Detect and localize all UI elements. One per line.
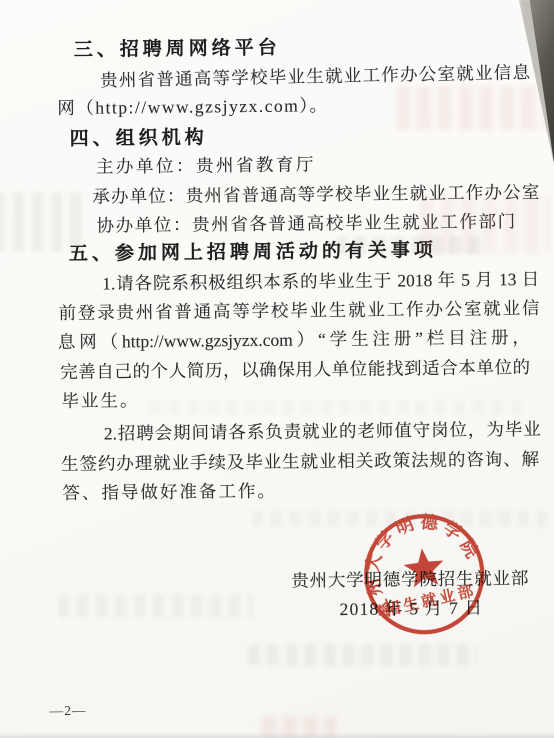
page-number: —2— bbox=[50, 703, 87, 719]
section-3-heading: 三、招聘周网络平台 bbox=[74, 37, 281, 63]
section-5-para-1-line-2: 前登录贵州省普通高等学校毕业生就业工作办公室就业信 bbox=[58, 297, 539, 325]
seal-star-icon bbox=[402, 546, 446, 588]
section-3-line-1: 贵州省普通高等学校毕业生就业工作办公室就业信息 bbox=[100, 61, 530, 92]
section-5-para-1-line-3: 息网（http://www.gzsjyzx.com）“学生注册”栏目注册， bbox=[58, 326, 530, 354]
document-content: 三、招聘周网络平台 贵州省普通高等学校毕业生就业工作办公室就业信息 网（http… bbox=[0, 0, 554, 738]
document-page: 三、招聘周网络平台 贵州省普通高等学校毕业生就业工作办公室就业信息 网（http… bbox=[0, 0, 554, 738]
section-3-line-2-url: 网（http://www.gzsjyzx.com）。 bbox=[57, 94, 328, 120]
bottom-edge-shade bbox=[0, 732, 554, 738]
section-4-host-line: 主办单位：贵州省教育厅 bbox=[96, 153, 316, 178]
seal-bottom-text: 招生就业部 bbox=[382, 581, 477, 620]
section-4-organizer-line: 承办单位：贵州省普通高等学校毕业生就业工作办公室 bbox=[92, 181, 539, 209]
section-5-para-1-line-1: 1.请各院系积极组织本系的毕业生于 2018 年 5 月 13 日 bbox=[102, 268, 539, 296]
section-5-para-2-line-3: 答、指导做好准备工作。 bbox=[62, 480, 277, 505]
section-4-coorganizer-line: 协办单位：贵州省各普通高校毕业生就业工作部门 bbox=[96, 210, 516, 237]
section-5-para-2-line-2: 生签约办理就业手续及毕业生就业相关政策法规的咨询、解 bbox=[61, 448, 539, 476]
section-4-heading: 四、组织机构 bbox=[70, 126, 208, 151]
section-5-para-2-line-1: 2.招聘会期间请各系负责就业的老师值守岗位，为毕业 bbox=[104, 418, 541, 446]
section-5-para-1-line-5: 毕业生。 bbox=[61, 389, 139, 413]
section-5-heading: 五、参加网上招聘周活动的有关事项 bbox=[69, 239, 437, 267]
official-seal: 贵州大学明德学院 招生就业部 bbox=[348, 498, 500, 650]
section-5-para-1-line-4: 完善自己的个人简历，以确保用人单位能找到适合本单位的 bbox=[60, 356, 530, 384]
